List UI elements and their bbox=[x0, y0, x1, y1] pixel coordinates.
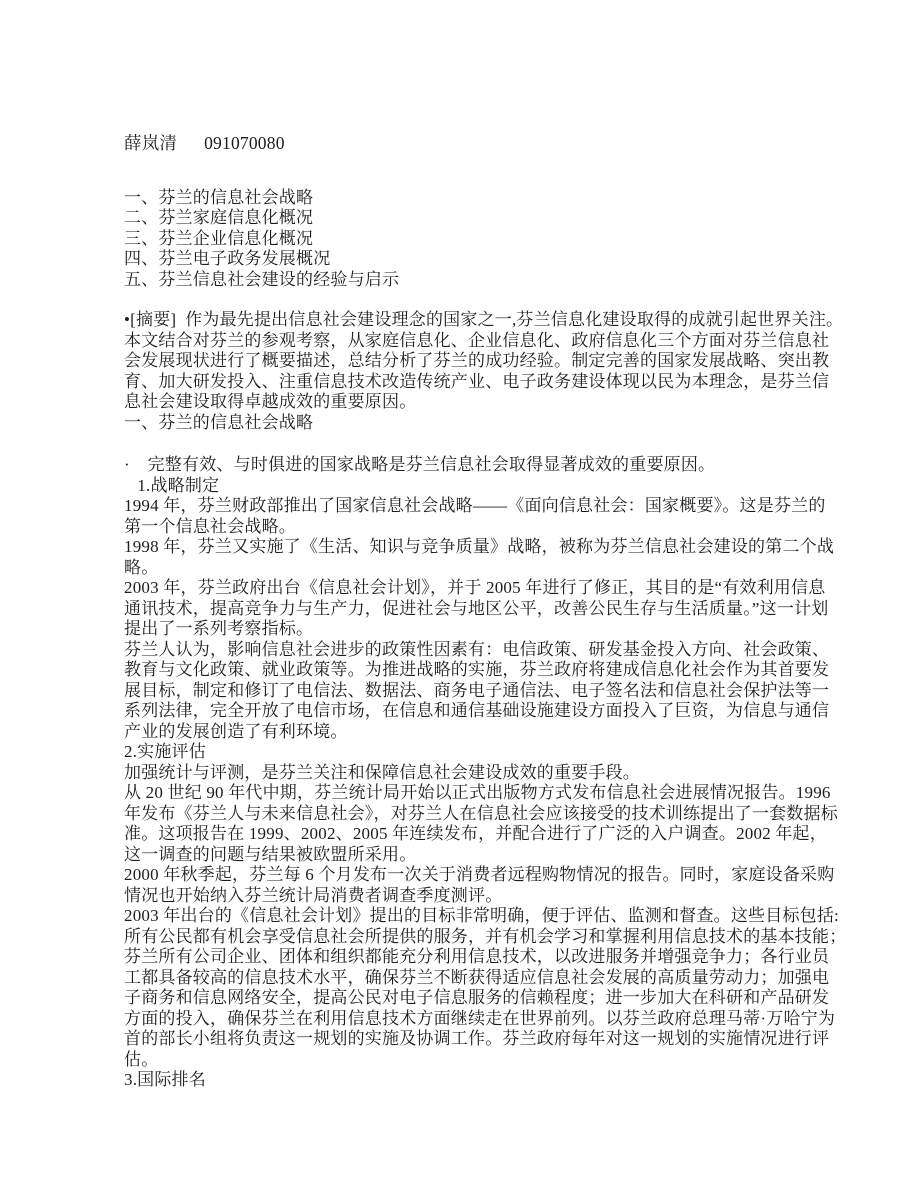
text-line: 加强统计与评测，是芬兰关注和保障信息社会建设成效的重要手段。 bbox=[124, 763, 808, 784]
text-line: 息社会建设取得卓越成效的重要原因。 bbox=[124, 392, 808, 413]
text-line: 教育与文化政策、就业政策等。为推进战略的实施，芬兰政府将建成信息化社会作为其首要… bbox=[124, 660, 808, 681]
text-line: 所有公民都有机会享受信息社会所提供的服务，并有机会学习和掌握利用信息技术的基本技… bbox=[124, 927, 808, 948]
text-line: 从 20 世纪 90 年代中期，芬兰统计局开始以正式出版物方式发布信息社会进展情… bbox=[124, 783, 808, 804]
text-line: 一、芬兰的信息社会战略 bbox=[124, 413, 808, 434]
text-line: 本文结合对芬兰的参观考察，从家庭信息化、企业信息化、政府信息化三个方面对芬兰信息… bbox=[124, 331, 808, 352]
text-line: 育、加大研发投入、注重信息技术改造传统产业、电子政务建设体现以民为本理念，是芬兰… bbox=[124, 372, 808, 393]
text-line: 会发展现状进行了概要描述，总结分析了芬兰的成功经验。制定完善的国家发展战略、突出… bbox=[124, 351, 808, 372]
text-line: 提出了一系列考察指标。 bbox=[124, 619, 808, 640]
text-line: 估。 bbox=[124, 1050, 808, 1071]
text-line: 一、芬兰的信息社会战略 bbox=[124, 188, 808, 209]
text-line: 2003 年出台的《信息社会计划》提出的目标非常明确，便于评估、监测和督查。这些… bbox=[124, 906, 808, 927]
text-line: 产业的发展创造了有利环境。 bbox=[124, 722, 808, 743]
text-line: 首的部长小组将负责这一规划的实施及协调工作。芬兰政府每年对这一规划的实施情况进行… bbox=[124, 1029, 808, 1050]
text-line: 1.战略制定 bbox=[124, 476, 808, 497]
body-section: · 完整有效、与时俱进的国家战略是芬兰信息社会取得显著成效的重要原因。 1.战略… bbox=[124, 455, 808, 1091]
text-line: 方面的投入，确保芬兰在利用信息技术方面继续走在世界前列。以芬兰政府总理马蒂·万哈… bbox=[124, 1009, 808, 1030]
table-of-contents: 一、芬兰的信息社会战略二、芬兰家庭信息化概况三、芬兰企业信息化概况四、芬兰电子政… bbox=[124, 188, 808, 291]
text-line: · 完整有效、与时俱进的国家战略是芬兰信息社会取得显著成效的重要原因。 bbox=[124, 455, 808, 476]
text-line: 3.国际排名 bbox=[124, 1070, 808, 1091]
text-line: 情况也开始纳入芬兰统计局消费者调查季度测评。 bbox=[124, 886, 808, 907]
document-page: 薛岚清 091070080 一、芬兰的信息社会战略二、芬兰家庭信息化概况三、芬兰… bbox=[0, 0, 920, 1191]
abstract-section: •[摘要] 作为最先提出信息社会建设理念的国家之一,芬兰信息化建设取得的成就引起… bbox=[124, 310, 808, 433]
text-line: 略。 bbox=[124, 558, 808, 579]
text-line: 展目标，制定和修订了电信法、数据法、商务电子通信法、电子签名法和信息社会保护法等… bbox=[124, 681, 808, 702]
text-line: 芬兰人认为，影响信息社会进步的政策性因素有：电信政策、研发基金投入方向、社会政策… bbox=[124, 640, 808, 661]
text-line: •[摘要] 作为最先提出信息社会建设理念的国家之一,芬兰信息化建设取得的成就引起… bbox=[124, 310, 808, 331]
text-line: 系列法律，完全开放了电信市场，在信息和通信基础设施建设方面投入了巨资，为信息与通… bbox=[124, 701, 808, 722]
text-line: 工都具备较高的信息技术水平，确保芬兰不断获得适应信息社会发展的高质量劳动力；加强… bbox=[124, 968, 808, 989]
text-line: 这一调查的问题与结果被欧盟所采用。 bbox=[124, 845, 808, 866]
text-line: 2003 年，芬兰政府出台《信息社会计划》，并于 2005 年进行了修正，其目的… bbox=[124, 578, 808, 599]
text-line: 二、芬兰家庭信息化概况 bbox=[124, 208, 808, 229]
text-line: 通讯技术，提高竞争力与生产力，促进社会与地区公平，改善公民生存与生活质量。”这一… bbox=[124, 599, 808, 620]
student-id: 091070080 bbox=[204, 133, 285, 154]
text-line: 第一个信息社会战略。 bbox=[124, 517, 808, 538]
text-line: 2.实施评估 bbox=[124, 742, 808, 763]
text-line: 四、芬兰电子政务发展概况 bbox=[124, 249, 808, 270]
text-line: 准。这项报告在 1999、2002、2005 年连续发布，并配合进行了广泛的入户… bbox=[124, 824, 808, 845]
text-line: 1998 年，芬兰又实施了《生活、知识与竞争质量》战略，被称为芬兰信息社会建设的… bbox=[124, 537, 808, 558]
text-line: 2000 年秋季起，芬兰每 6 个月发布一次关于消费者远程购物情况的报告。同时，… bbox=[124, 865, 808, 886]
text-line: 三、芬兰企业信息化概况 bbox=[124, 229, 808, 250]
author-name: 薛岚清 bbox=[124, 133, 177, 154]
text-line: 芬兰所有公司企业、团体和组织都能充分利用信息技术，以改进服务并增强竞争力；各行业… bbox=[124, 947, 808, 968]
text-line: 年发布《芬兰人与未来信息社会》，对芬兰人在信息社会应该接受的技术训练提出了一套数… bbox=[124, 804, 808, 825]
text-line: 1994 年，芬兰财政部推出了国家信息社会战略——《面向信息社会：国家概要》。这… bbox=[124, 496, 808, 517]
author-line: 薛岚清 091070080 bbox=[124, 133, 808, 154]
text-line: 子商务和信息网络安全，提高公民对电子信息服务的信赖程度；进一步加大在科研和产品研… bbox=[124, 988, 808, 1009]
text-line: 五、芬兰信息社会建设的经验与启示 bbox=[124, 270, 808, 291]
